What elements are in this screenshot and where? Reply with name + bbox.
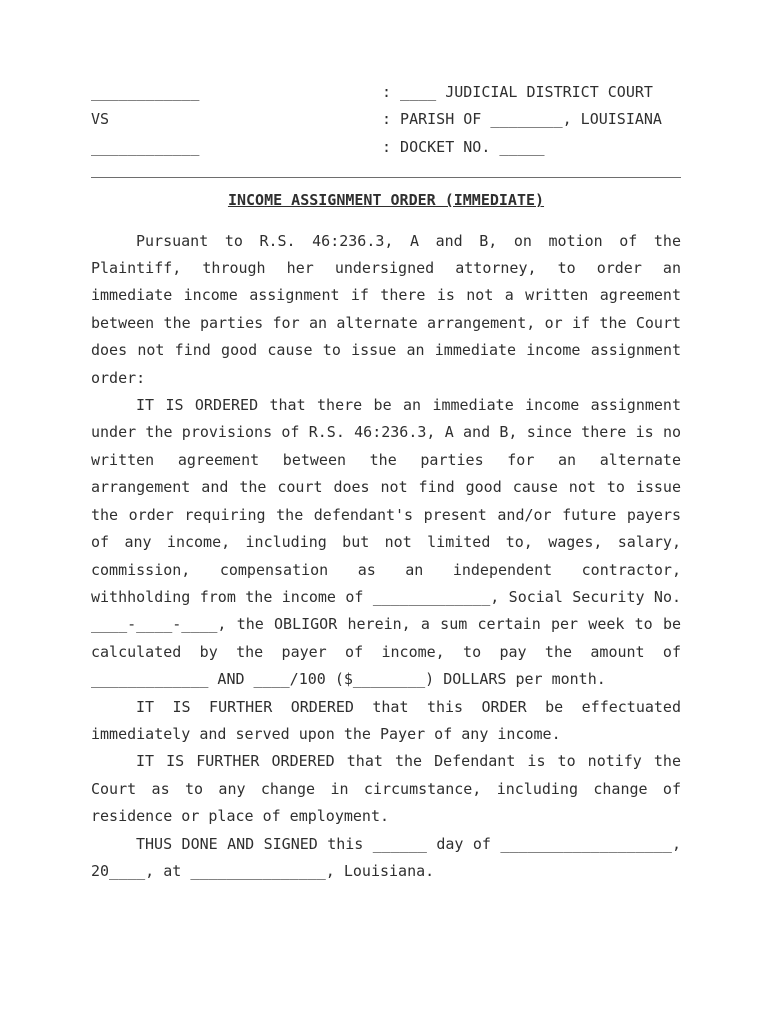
defendant-name-blank: ____________: [91, 134, 382, 161]
caption-row-plaintiff: ____________ : ____ JUDICIAL DISTRICT CO…: [91, 79, 681, 106]
docket-number-line: : DOCKET NO. _____: [382, 134, 681, 161]
judicial-district-court-line: : ____ JUDICIAL DISTRICT COURT: [382, 79, 681, 106]
caption-row-defendant: ____________ : DOCKET NO. _____: [91, 134, 681, 161]
document-page: ____________ : ____ JUDICIAL DISTRICT CO…: [0, 0, 770, 1024]
case-caption: ____________ : ____ JUDICIAL DISTRICT CO…: [91, 79, 681, 161]
plaintiff-name-blank: ____________: [91, 79, 382, 106]
paragraph-thus-done-signed: THUS DONE AND SIGNED this ______ day of …: [91, 831, 681, 886]
paragraph-further-ordered-effectuated: IT IS FURTHER ORDERED that this ORDER be…: [91, 694, 681, 749]
document-content: ____________ : ____ JUDICIAL DISTRICT CO…: [91, 0, 681, 885]
paragraph-it-is-ordered: IT IS ORDERED that there be an immediate…: [91, 392, 681, 693]
document-title: INCOME ASSIGNMENT ORDER (IMMEDIATE): [91, 187, 681, 214]
paragraph-pursuant: Pursuant to R.S. 46:236.3, A and B, on m…: [91, 228, 681, 392]
caption-divider: [91, 177, 681, 178]
versus-label: VS: [91, 106, 382, 133]
parish-line: : PARISH OF ________, LOUISIANA: [382, 106, 681, 133]
paragraph-further-ordered-notify: IT IS FURTHER ORDERED that the Defendant…: [91, 748, 681, 830]
caption-row-vs: VS : PARISH OF ________, LOUISIANA: [91, 106, 681, 133]
